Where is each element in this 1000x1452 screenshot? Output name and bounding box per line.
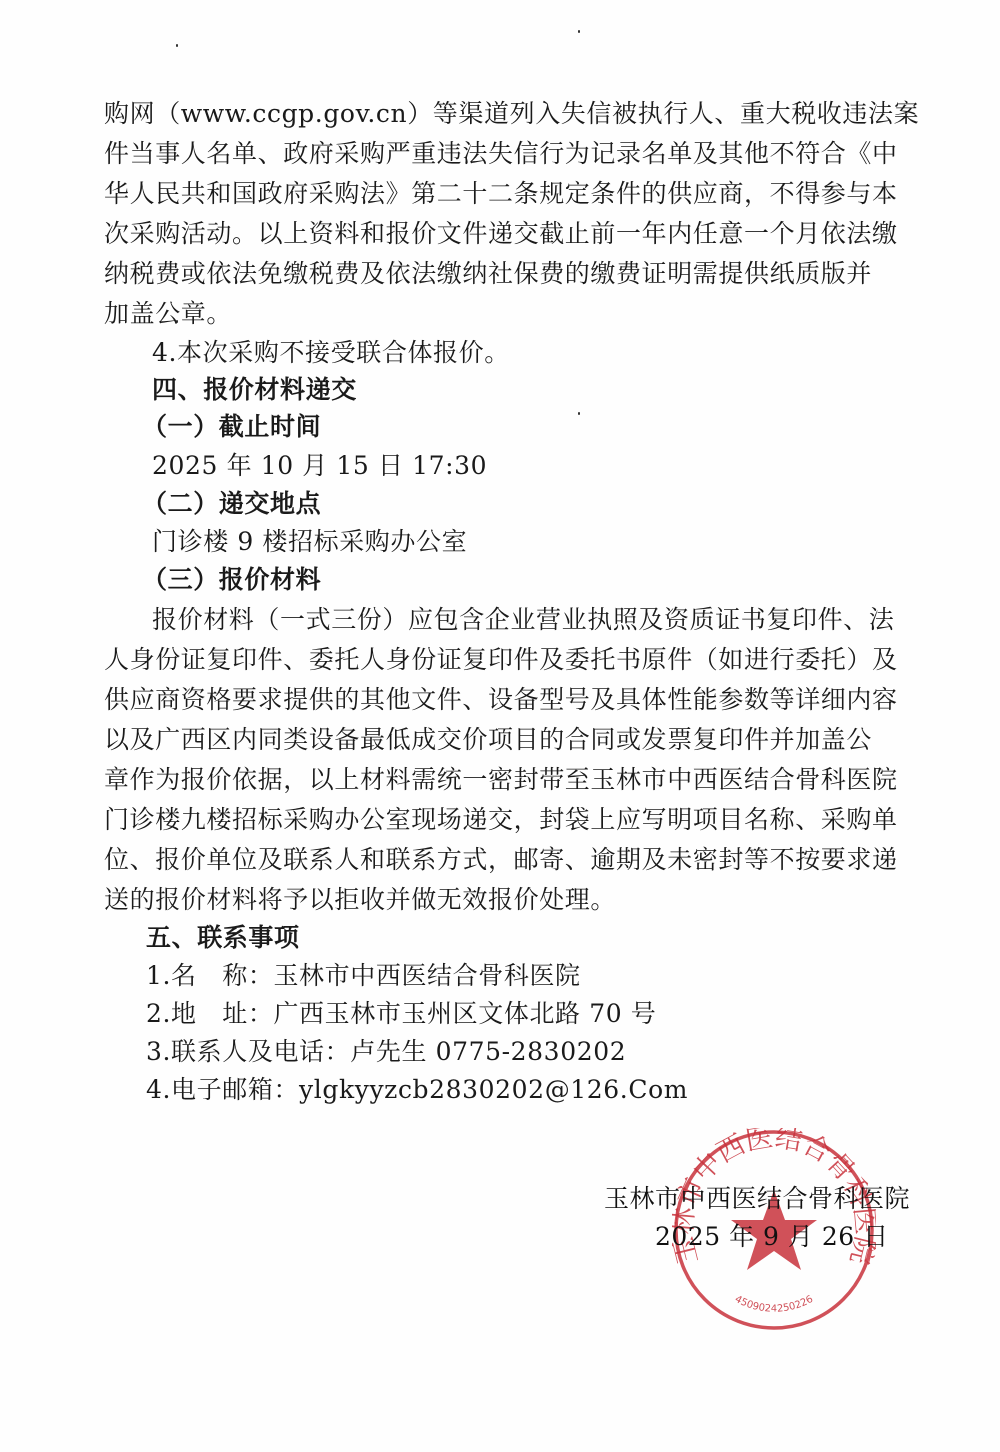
materials-paragraph-line: 章作为报价依据，以上材料需统一密封带至玉林市中西医结合骨科医院 [104, 760, 898, 800]
scan-speck [578, 412, 580, 415]
paragraph-line: 加盖公章。 [104, 294, 232, 334]
item-4-no-consortium: 4.本次采购不接受联合体报价。 [152, 333, 510, 373]
scan-speck [578, 30, 580, 33]
section-4-heading: 四、报价材料递交 [152, 370, 357, 410]
materials-paragraph-line: 供应商资格要求提供的其他文件、设备型号及具体性能参数等详细内容 [104, 680, 898, 720]
document-page: 购网（www.ccgp.gov.cn）等渠道列入失信被执行人、重大税收违法案 件… [0, 0, 1000, 1452]
materials-paragraph-line: 位、报价单位及联系人和联系方式，邮寄、逾期及未密封等不按要求递 [104, 840, 898, 880]
materials-paragraph-line: 门诊楼九楼招标采购办公室现场递交，封袋上应写明项目名称、采购单 [104, 800, 898, 840]
paragraph-line: 件当事人名单、政府采购严重违法失信行为记录名单及其他不符合《中 [104, 134, 898, 174]
section-5-heading: 五、联系事项 [146, 918, 300, 958]
paragraph-line: 华人民共和国政府采购法》第二十二条规定条件的供应商，不得参与本 [104, 174, 898, 214]
paragraph-line: 纳税费或依法免缴税费及依法缴纳社保费的缴费证明需提供纸质版并 [104, 254, 872, 294]
stamp-code-text: 4509024250226 [733, 1294, 815, 1315]
paragraph-line: 次采购活动。以上资料和报价文件递交截止前一年内任意一个月依法缴 [104, 214, 898, 254]
sub-heading-location: （二）递交地点 [142, 484, 321, 524]
contact-address: 2.地 址：广西玉林市玉州区文体北路 70 号 [146, 994, 656, 1034]
sub-heading-materials: （三）报价材料 [142, 560, 321, 600]
materials-paragraph-line: 人身份证复印件、委托人身份证复印件及委托书原件（如进行委托）及 [104, 640, 898, 680]
materials-paragraph-line: 报价材料（一式三份）应包含企业营业执照及资质证书复印件、法 [152, 600, 894, 640]
paragraph-line: 购网（www.ccgp.gov.cn）等渠道列入失信被执行人、重大税收违法案 [104, 94, 919, 134]
deadline-value: 2025 年 10 月 15 日 17:30 [152, 446, 487, 486]
contact-phone: 3.联系人及电话：卢先生 0775-2830202 [146, 1032, 626, 1072]
contact-email: 4.电子邮箱：ylgkyyzcb2830202@126.Com [146, 1070, 688, 1110]
signature-organization: 玉林市中西医结合骨科医院 [604, 1180, 910, 1218]
contact-name: 1.名 称：玉林市中西医结合骨科医院 [146, 956, 581, 996]
signature-date: 2025 年 9 月 26 日 [655, 1218, 889, 1256]
materials-paragraph-line: 送的报价材料将予以拒收并做无效报价处理。 [104, 880, 616, 920]
sub-heading-deadline: （一）截止时间 [142, 407, 321, 447]
location-value: 门诊楼 9 楼招标采购办公室 [152, 522, 467, 562]
scan-speck [176, 44, 178, 47]
materials-paragraph-line: 以及广西区内同类设备最低成交价项目的合同或发票复印件并加盖公 [104, 720, 872, 760]
